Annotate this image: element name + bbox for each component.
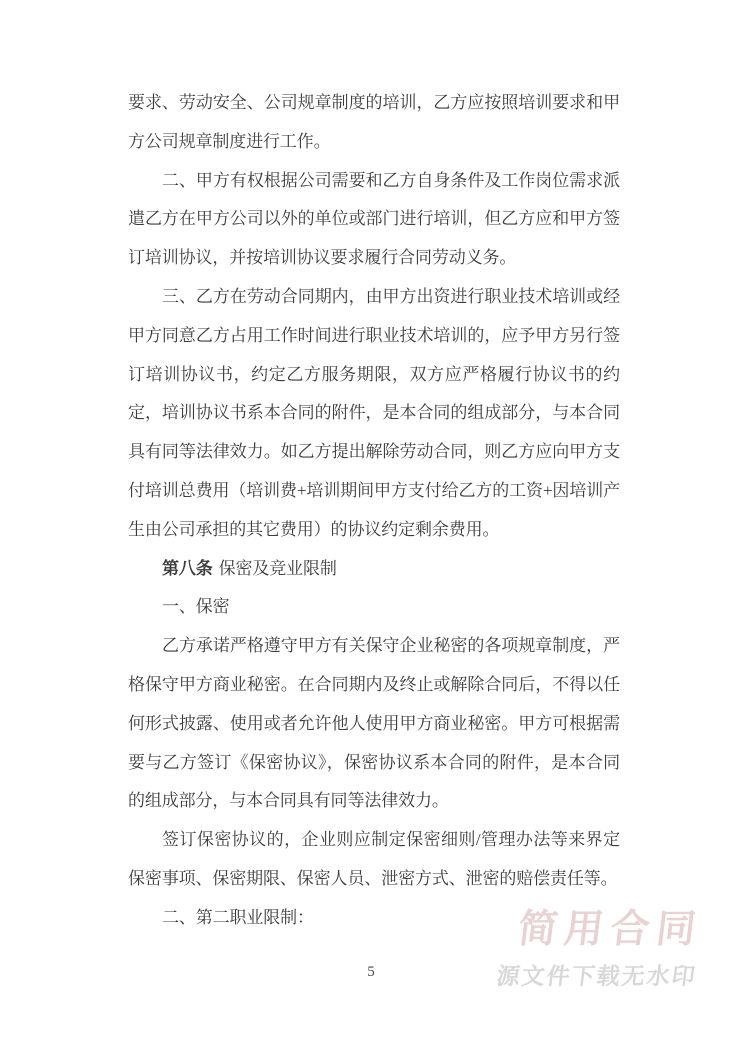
paragraph: 要求、劳动安全、公司规章制度的培训，乙方应按照培训要求和甲方公司规章制度进行工作… [128, 84, 620, 162]
paragraph: 三、乙方在劳动合同期内，由甲方出资进行职业技术培训或经甲方同意乙方占用工作时间进… [128, 278, 620, 550]
document-page: 要求、劳动安全、公司规章制度的培训，乙方应按照培训要求和甲方公司规章制度进行工作… [0, 0, 742, 1050]
paragraph: 乙方承诺严格遵守甲方有关保守企业秘密的各项规章制度，严格保守甲方商业秘密。在合同… [128, 627, 620, 821]
paragraph: 一、保密 [128, 588, 620, 627]
contract-body: 要求、劳动安全、公司规章制度的培训，乙方应按照培训要求和甲方公司规章制度进行工作… [128, 84, 620, 938]
paragraph: 二、甲方有权根据公司需要和乙方自身条件及工作岗位需求派遣乙方在甲方公司以外的单位… [128, 162, 620, 278]
section-heading: 第八条保密及竞业限制 [128, 550, 620, 589]
section-heading-number: 第八条 [162, 559, 213, 578]
paragraph: 签订保密协议的，企业则应制定保密细则/管理办法等来界定保密事项、保密期限、保密人… [128, 821, 620, 899]
paragraph: 二、第二职业限制： [128, 899, 620, 938]
page-number: 5 [0, 964, 742, 981]
